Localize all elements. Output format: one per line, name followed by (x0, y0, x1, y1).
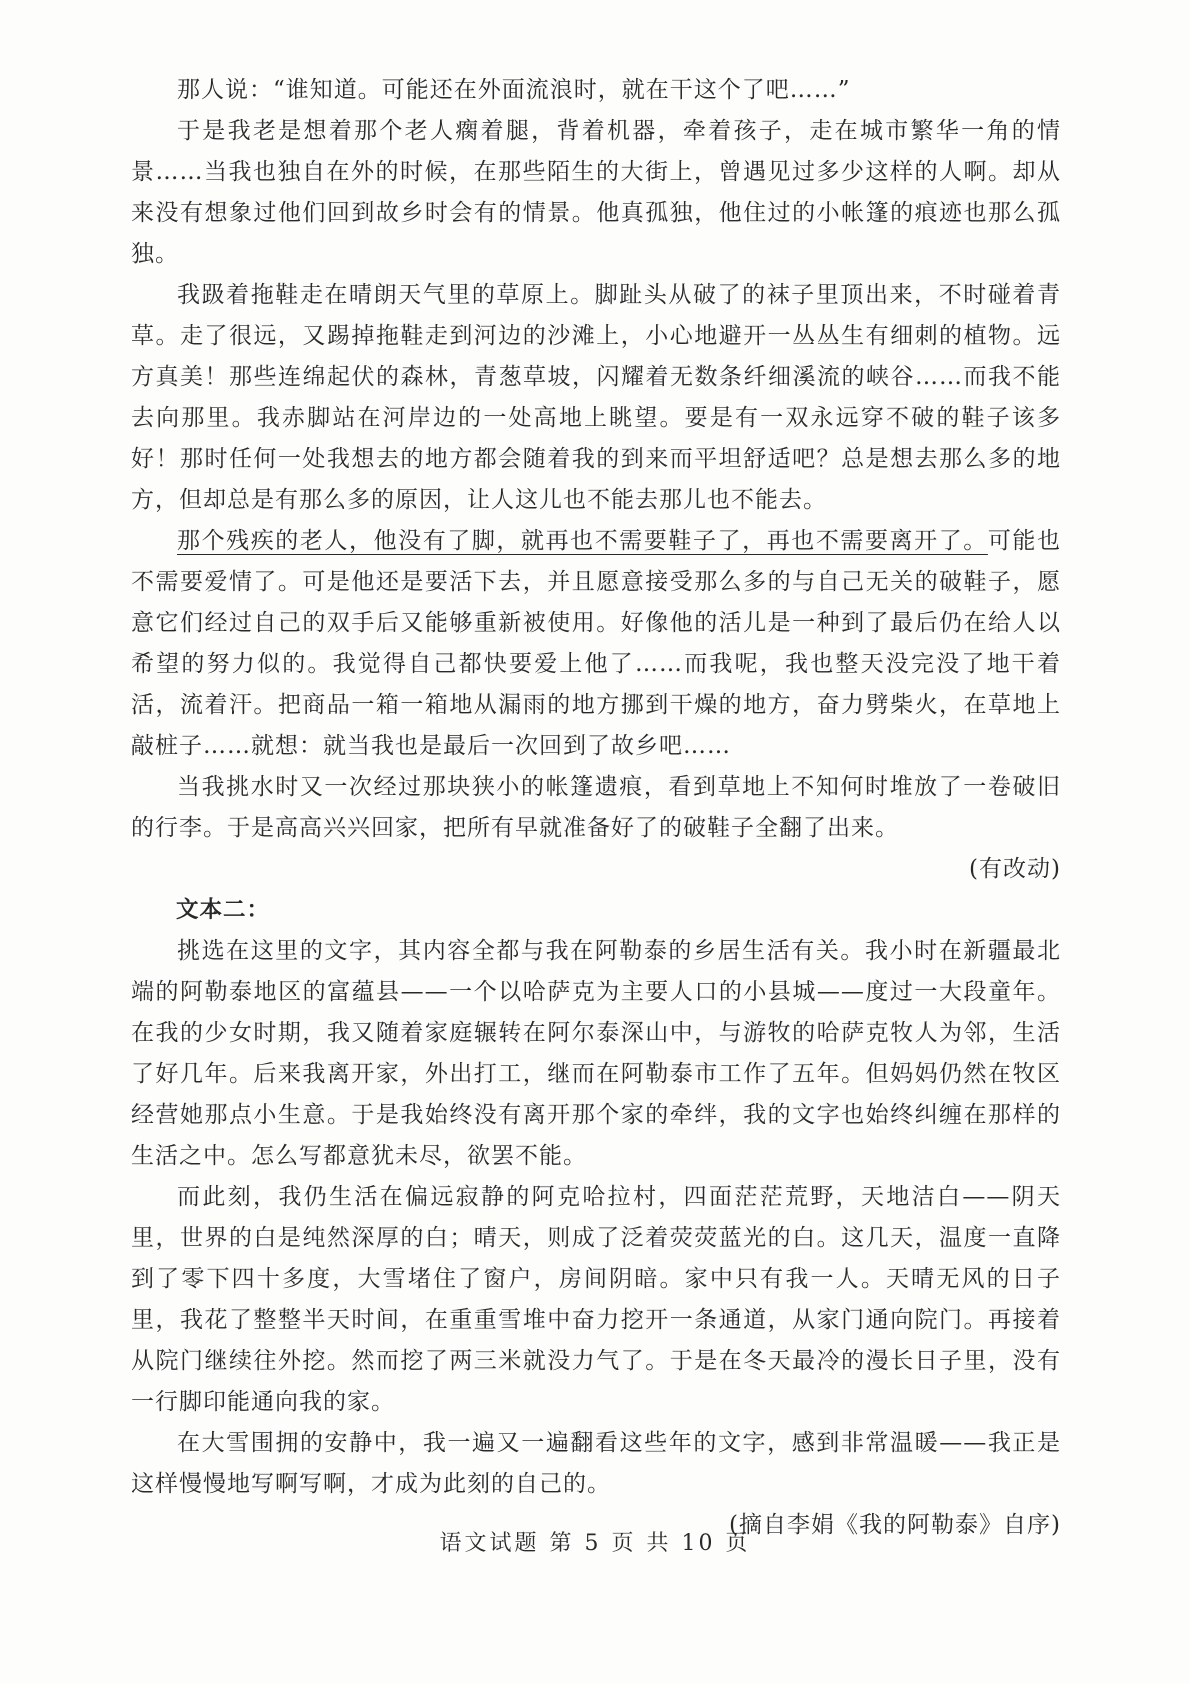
text2-paragraph-1: 挑选在这里的文字，其内容全都与我在阿勒泰的乡居生活有关。我小时在新疆最北端的阿勒… (131, 931, 1061, 1177)
text2-paragraph-3: 在大雪围拥的安静中，我一遍又一遍翻看这些年的文字，感到非常温暖——我正是这样慢慢… (131, 1423, 1061, 1505)
text1-paragraph-3: 我趿着拖鞋走在晴朗天气里的草原上。脚趾头从破了的袜子里顶出来，不时碰着青草。走了… (131, 275, 1061, 521)
text1-paragraph-2: 于是我老是想着那个老人瘸着腿，背着机器，牵着孩子，走在城市繁华一角的情景……当我… (131, 111, 1061, 275)
text1-paragraph-5: 当我挑水时又一次经过那块狭小的帐篷遗痕，看到草地上不知何时堆放了一卷破旧的行李。… (131, 767, 1061, 849)
text1-attribution-note: (有改动) (131, 849, 1061, 890)
underlined-sentence: 那个残疾的老人，他没有了脚，就再也不需要鞋子了，再也不需要离开了。 (177, 528, 988, 554)
exam-page: 那人说：“谁知道。可能还在外面流浪时，就在干这个了吧……” 于是我老是想着那个老… (0, 0, 1190, 1684)
text1-paragraph-4: 那个残疾的老人，他没有了脚，就再也不需要鞋子了，再也不需要离开了。可能也不需要爱… (131, 521, 1061, 767)
text1-paragraph-dialogue: 那人说：“谁知道。可能还在外面流浪时，就在干这个了吧……” (131, 70, 1061, 111)
text2-paragraph-2: 而此刻，我仍生活在偏远寂静的阿克哈拉村，四面茫茫荒野，天地洁白——阴天里，世界的… (131, 1177, 1061, 1423)
text-body: 那人说：“谁知道。可能还在外面流浪时，就在干这个了吧……” 于是我老是想着那个老… (131, 70, 1061, 1546)
paragraph-4-rest: 可能也不需要爱情了。可是他还是要活下去，并且愿意接受那么多的与自己无关的破鞋子，… (131, 528, 1061, 759)
page-footer: 语文试题 第 5 页 共 10 页 (0, 1526, 1190, 1557)
text2-section-heading: 文本二： (131, 890, 1061, 931)
